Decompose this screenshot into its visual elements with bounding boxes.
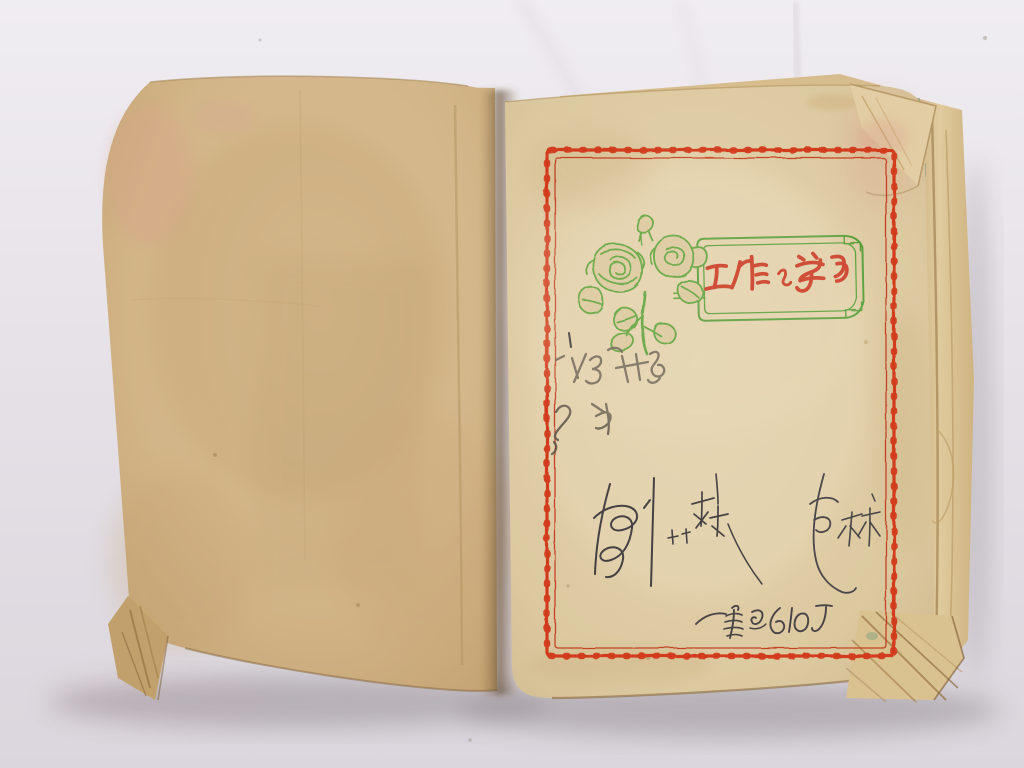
page-highlight — [510, 160, 870, 440]
scene-svg — [0, 0, 1024, 768]
left-page — [102, 76, 510, 700]
photo-old-notebook — [0, 0, 1024, 768]
